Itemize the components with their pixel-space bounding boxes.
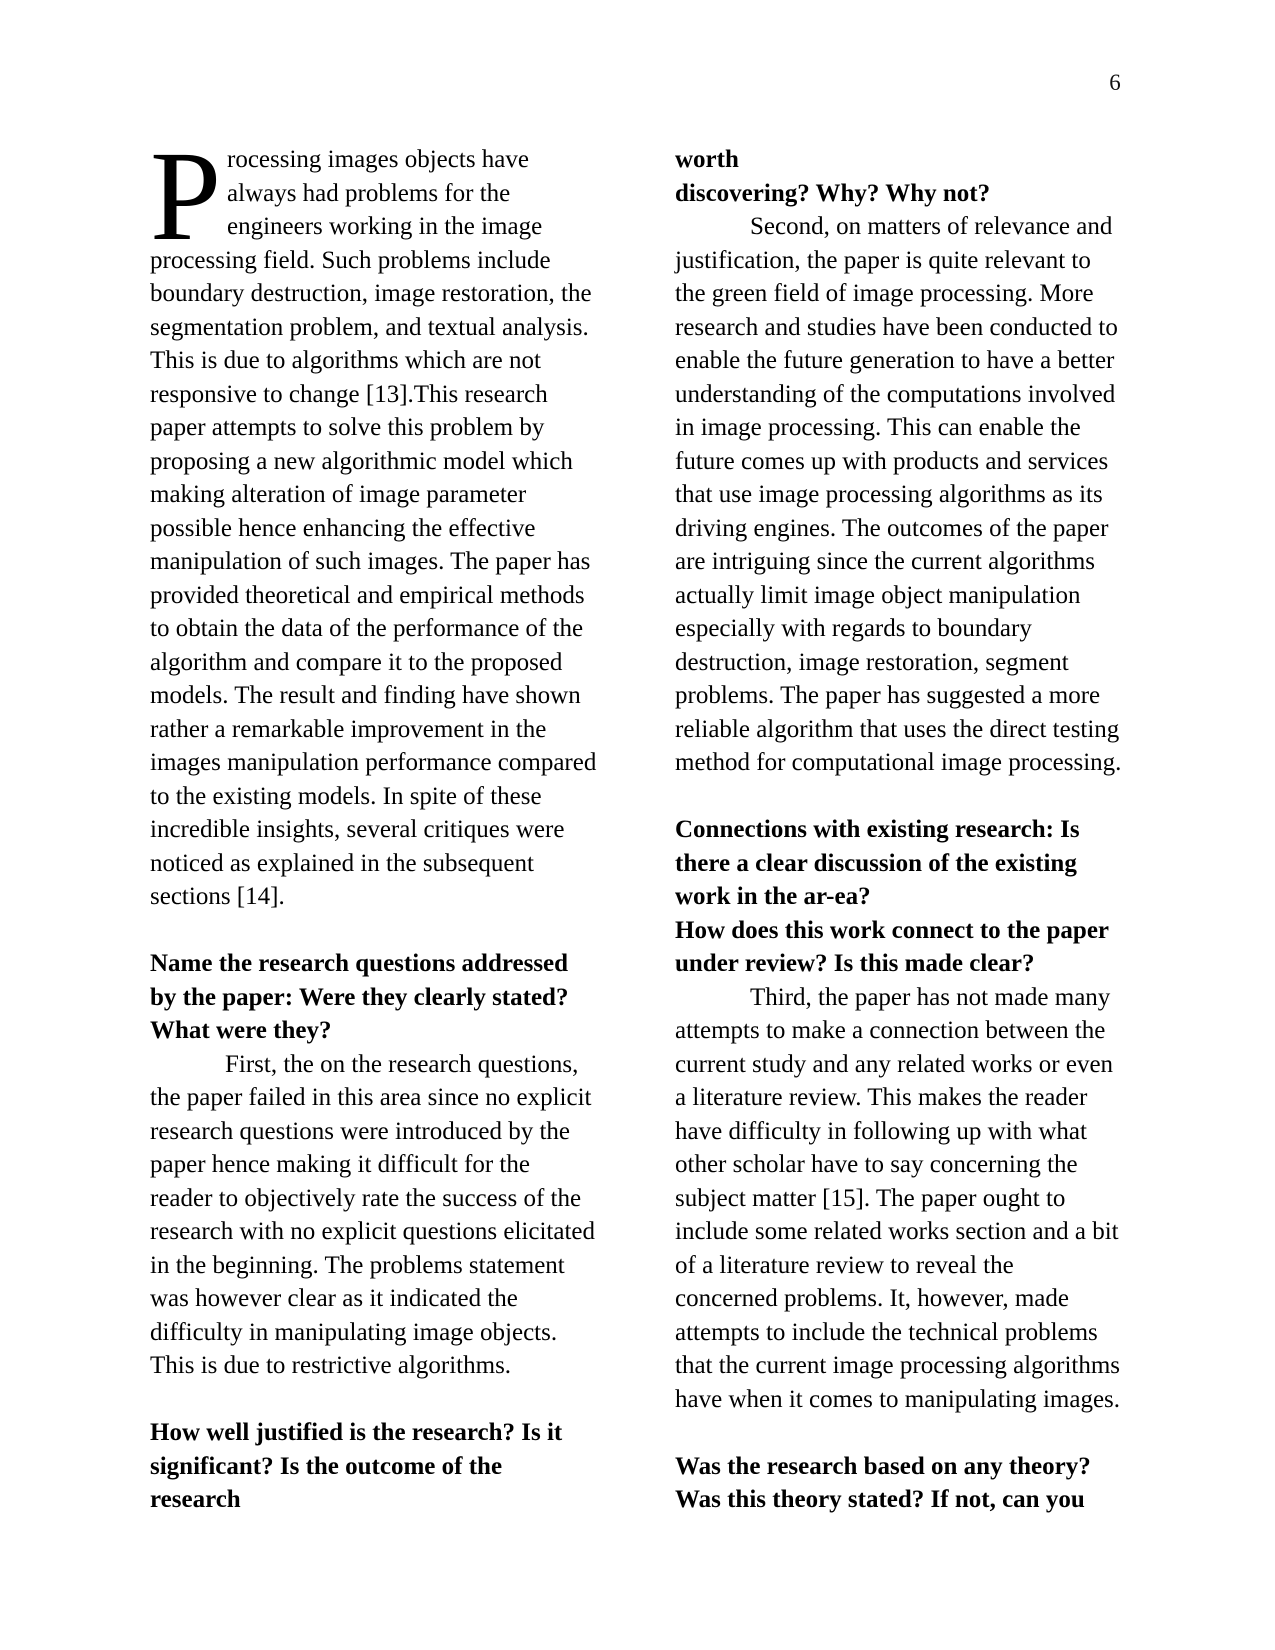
body-paragraph: First, the on the research questions, th…: [150, 1048, 597, 1383]
section-heading: Name the research questions addressed by…: [150, 947, 597, 1048]
body-paragraph: Processing images objects have always ha…: [150, 143, 597, 914]
drop-cap: P: [150, 143, 227, 243]
left-column: Processing images objects have always ha…: [150, 143, 597, 1517]
document-page: 6 Processing images objects have always …: [0, 0, 1275, 1650]
paragraph-text: rocessing images objects have always had…: [150, 146, 596, 910]
section-heading: How well justified is the research? Is i…: [150, 1416, 597, 1517]
body-paragraph: Second, on matters of relevance and just…: [675, 210, 1122, 780]
page-number: 6: [1100, 70, 1130, 96]
section-heading: Was the research based on any theory? Wa…: [675, 1450, 1122, 1517]
right-column: worth discovering? Why? Why not?Second, …: [675, 143, 1122, 1517]
section-heading: Connections with existing research: Is t…: [675, 813, 1122, 981]
section-heading: worth discovering? Why? Why not?: [675, 143, 1122, 210]
body-paragraph: Third, the paper has not made many attem…: [675, 981, 1122, 1417]
